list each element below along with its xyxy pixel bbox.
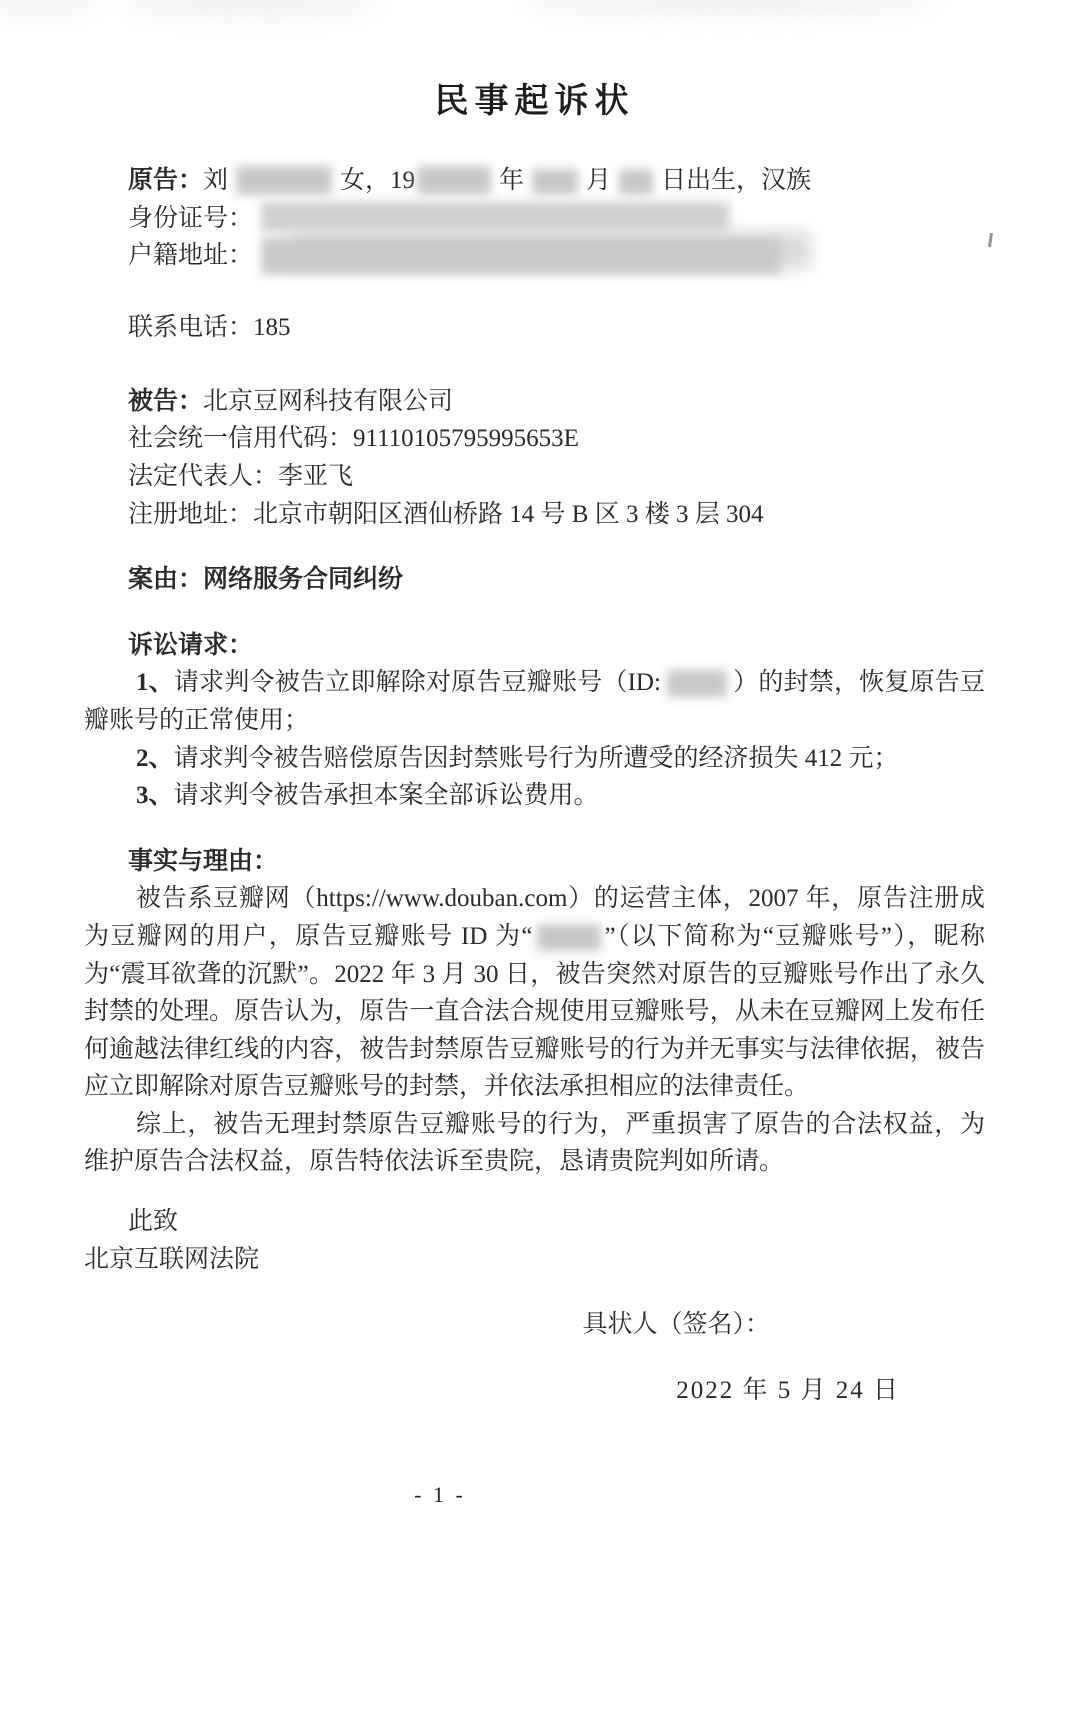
plaintiff-gender-birth: 女，19 xyxy=(340,167,415,194)
facts-heading: 事实与理由： xyxy=(128,843,985,881)
cause-value: 网络服务合同纠纷 xyxy=(203,566,403,593)
registered-address-line: 注册地址：北京市朝阳区酒仙桥路 14 号 B 区 3 楼 3 层 304 xyxy=(128,496,985,534)
redacted-id-number xyxy=(261,202,729,232)
plaintiff-phone-line: 联系电话：185 xyxy=(128,309,985,347)
plaintiff-address-line: 户籍地址： xyxy=(128,237,985,275)
cause-of-action-line: 案由：网络服务合同纠纷 xyxy=(128,561,985,599)
page-number: - 1 - xyxy=(0,1476,980,1514)
scanned-legal-document-page: 民事起诉状 原告：刘女，19年月日出生，汉族 身份证号： 户籍地址： 联系电话：… xyxy=(0,0,1080,1711)
phone-value: 185 xyxy=(253,314,291,341)
claims-block: 诉讼请求： 1、请求判令被告立即解除对原告豆瓣账号（ID:）的封禁，恢复原告豆瓣… xyxy=(84,627,985,815)
facts-block: 事实与理由： 被告系豆瓣网（https://www.douban.com）的运营… xyxy=(84,843,985,1181)
year-unit: 年 xyxy=(499,167,524,194)
plaintiff-line: 原告：刘女，19年月日出生，汉族 xyxy=(128,162,985,200)
claim-item-3: 3、请求判令被告承担本案全部诉讼费用。 xyxy=(84,777,985,815)
claim-item-1: 1、请求判令被告立即解除对原告豆瓣账号（ID:）的封禁，恢复原告豆瓣账号的正常使… xyxy=(84,664,985,739)
id-number-label: 身份证号： xyxy=(128,205,253,232)
claim-1-text-pre: 请求判令被告立即解除对原告豆瓣账号（ID: xyxy=(174,669,661,696)
claim-2-number: 2、 xyxy=(136,745,174,772)
closing-block: 此致 北京互联网法院 具状人（签名）： 2022 年 5 月 24 日 xyxy=(84,1203,985,1409)
court-name-line: 北京互联网法院 xyxy=(84,1241,985,1279)
redacted-account-id xyxy=(537,924,601,951)
plaintiff-id-line: 身份证号： xyxy=(128,200,985,238)
defendant-block: 被告：北京豆网科技有限公司 社会统一信用代码：91110105795995653… xyxy=(84,383,985,533)
redacted-plaintiff-name xyxy=(236,166,332,195)
redacted-account-id xyxy=(667,670,727,697)
redacted-birth-month xyxy=(532,169,578,195)
document-content: 民事起诉状 原告：刘女，19年月日出生，汉族 身份证号： 户籍地址： 联系电话：… xyxy=(0,0,1080,1409)
plaintiff-label: 原告： xyxy=(128,167,203,194)
phone-label: 联系电话： xyxy=(128,314,253,341)
defendant-name: 北京豆网科技有限公司 xyxy=(203,388,453,415)
registered-address-label: 注册地址： xyxy=(128,501,253,528)
claim-2-text: 请求判令被告赔偿原告因封禁账号行为所遭受的经济损失 412 元； xyxy=(174,745,899,772)
facts-paragraph-2: 综上，被告无理封禁原告豆瓣账号的行为，严重损害了原告的合法权益，为维护原告合法权… xyxy=(84,1106,985,1181)
plaintiff-birth-suffix: 日出生，汉族 xyxy=(661,167,811,194)
credit-code-value: 91110105795995653E xyxy=(353,425,579,452)
redacted-birth-day xyxy=(619,169,653,195)
date-line: 2022 年 5 月 24 日 xyxy=(84,1372,985,1410)
credit-code-line: 社会统一信用代码：91110105795995653E xyxy=(128,420,985,458)
defendant-label: 被告： xyxy=(128,388,203,415)
registered-address-value: 北京市朝阳区酒仙桥路 14 号 B 区 3 楼 3 层 304 xyxy=(253,501,763,528)
credit-code-label: 社会统一信用代码： xyxy=(128,425,353,452)
plaintiff-block: 原告：刘女，19年月日出生，汉族 身份证号： 户籍地址： 联系电话：185 xyxy=(84,162,985,347)
cause-label: 案由： xyxy=(128,566,203,593)
claim-item-2: 2、请求判令被告赔偿原告因封禁账号行为所遭受的经济损失 412 元； xyxy=(84,740,985,778)
claims-heading: 诉讼请求： xyxy=(128,627,985,665)
month-unit: 月 xyxy=(586,167,611,194)
legal-rep-label: 法定代表人： xyxy=(128,463,278,490)
claim-1-number: 1、 xyxy=(136,669,174,696)
claim-3-number: 3、 xyxy=(136,782,174,809)
legal-rep-name: 李亚飞 xyxy=(278,463,353,490)
claim-3-text: 请求判令被告承担本案全部诉讼费用。 xyxy=(174,782,599,809)
residence-label: 户籍地址： xyxy=(128,242,253,269)
plaintiff-surname: 刘 xyxy=(203,167,228,194)
salutation-line: 此致 xyxy=(128,1203,985,1241)
redacted-birth-year xyxy=(417,166,491,195)
defendant-line: 被告：北京豆网科技有限公司 xyxy=(128,383,985,421)
document-title: 民事起诉状 xyxy=(84,80,985,124)
facts-paragraph-1: 被告系豆瓣网（https://www.douban.com）的运营主体，2007… xyxy=(84,880,985,1106)
signature-label-line: 具状人（签名）： xyxy=(84,1306,985,1344)
redacted-residence-address xyxy=(261,237,781,275)
legal-rep-line: 法定代表人：李亚飞 xyxy=(128,458,985,496)
